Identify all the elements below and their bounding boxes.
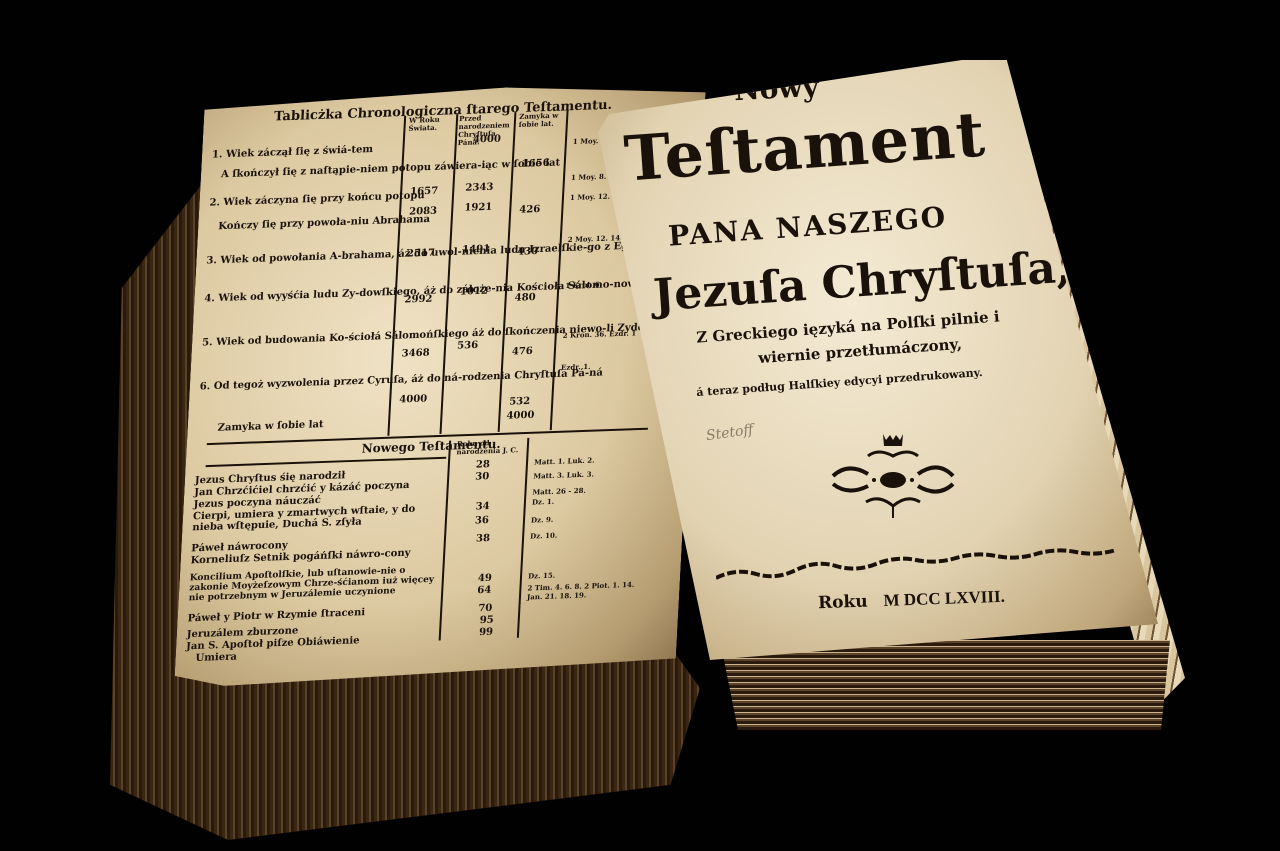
list-cell: 34 bbox=[475, 501, 490, 512]
list-cell: 49 bbox=[478, 573, 493, 584]
table-row: 1. Wiek záczął ſię z świá-tem bbox=[212, 144, 374, 161]
list-cell: Dz. 9. bbox=[531, 515, 554, 525]
title-testament: Teſtament bbox=[622, 97, 988, 195]
table-cell: 430 bbox=[517, 246, 539, 258]
year-roman-numeral: M DCC LXVIII. bbox=[883, 587, 1005, 610]
table-cell-total: 4000 bbox=[506, 410, 534, 422]
column-header-years: Zamyka w ſobie lat. bbox=[519, 111, 565, 129]
list-cell: Matt. 1. Luk. 2. bbox=[534, 456, 595, 467]
roku-label: Roku bbox=[818, 592, 868, 614]
year-label: Roku M DCC LXVIII. bbox=[818, 587, 1005, 614]
title-pana-naszego: PANA NASZEGO bbox=[667, 200, 948, 252]
crown-lamb-emblem-icon bbox=[828, 432, 958, 522]
table-row: 2. Wiek záczyna ſię przy końcu potopu bbox=[209, 190, 425, 208]
table-cell: 1 Krol. 6. bbox=[565, 280, 602, 290]
list-cell: 99 bbox=[479, 627, 494, 638]
table-cell: 1657 bbox=[410, 186, 438, 198]
column-divider bbox=[517, 438, 530, 638]
table-cell: 2343 bbox=[465, 182, 493, 194]
table-cell: 1656 bbox=[521, 158, 549, 170]
table-cell: 2083 bbox=[409, 206, 437, 218]
table-cell: 4000 bbox=[399, 394, 427, 406]
table-cell: 1491 bbox=[462, 244, 490, 256]
list-cell: 36 bbox=[475, 515, 490, 526]
book-photograph: Tablicżka Chronologiczna ſtarego Teſtame… bbox=[0, 0, 1280, 851]
list-cell: 70 bbox=[478, 603, 493, 614]
list-cell: 95 bbox=[479, 615, 494, 626]
new-testament-column-header: Roku od narodzenia J. C. bbox=[456, 438, 527, 456]
column-header-year-world: W Roku Świata. bbox=[408, 115, 459, 133]
table-row: A ſkończył ſię z naſtąpie-niem potopu zá… bbox=[221, 157, 561, 180]
list-cell: 28 bbox=[476, 459, 491, 470]
divider bbox=[206, 457, 447, 467]
table-cell: 2992 bbox=[404, 294, 432, 306]
table-cell: 426 bbox=[519, 204, 541, 216]
table-cell: 480 bbox=[514, 292, 536, 304]
table-cell: 1012 bbox=[460, 286, 488, 298]
table-row: 6. Od tegoż wyzwolenia przez Cyruſa, áż … bbox=[200, 367, 604, 392]
list-cell: Dz. 10. bbox=[530, 531, 558, 541]
title-nowy: Nowy bbox=[733, 70, 819, 107]
table-cell: 536 bbox=[457, 340, 479, 352]
table-row-total: Zamyka w ſobie lat bbox=[217, 419, 323, 434]
list-item: Páweł y Piotr w Rzymie ſtraceni bbox=[187, 607, 365, 624]
table-cell: 3468 bbox=[401, 348, 429, 360]
right-page-title-page: Nowy Teſtament PANA NASZEGO Jezuſa Chryſ… bbox=[598, 60, 1158, 660]
subtitle-line-3: á teraz podług Halſkiey edycyi przedruko… bbox=[696, 366, 983, 399]
list-cell: 2 Tim. 4. 6. 8. 2 Piot. 1. 14. Jan. 21. … bbox=[527, 580, 638, 602]
table-cell: 4000 bbox=[473, 134, 501, 146]
list-cell: Dz. 1. bbox=[532, 497, 555, 507]
table-cell: 2517 bbox=[407, 248, 435, 260]
title-jezusa-chrystusa: Jezuſa Chryſtuſa, bbox=[652, 241, 1073, 321]
list-cell: Matt. 26 - 28. bbox=[532, 486, 586, 497]
table-cell: 1 Moy. 8. bbox=[571, 172, 607, 182]
column-divider bbox=[439, 441, 452, 641]
table-cell: 476 bbox=[512, 346, 534, 358]
list-cell: 30 bbox=[475, 471, 490, 482]
table-cell: 1921 bbox=[464, 202, 492, 214]
list-item: Koncilium Apoſtolſkie, lub uſtanowie-nie… bbox=[188, 565, 440, 604]
decorative-border-icon bbox=[716, 548, 1116, 584]
table-cell: Ezdr. 1. bbox=[561, 362, 591, 372]
table-cell: 1 Moy. 12. bbox=[570, 192, 611, 202]
table-cell: 532 bbox=[509, 396, 531, 408]
list-item: Umiera bbox=[195, 652, 237, 664]
handwritten-note: Stetoff bbox=[705, 422, 754, 444]
list-cell: Matt. 3. Luk. 3. bbox=[533, 470, 594, 481]
list-cell: 38 bbox=[476, 533, 491, 544]
table-cell: 2 Kron. 36. Ezdr. 1 bbox=[563, 328, 637, 340]
list-cell: Dz. 15. bbox=[528, 571, 556, 581]
list-cell: 64 bbox=[477, 585, 492, 596]
